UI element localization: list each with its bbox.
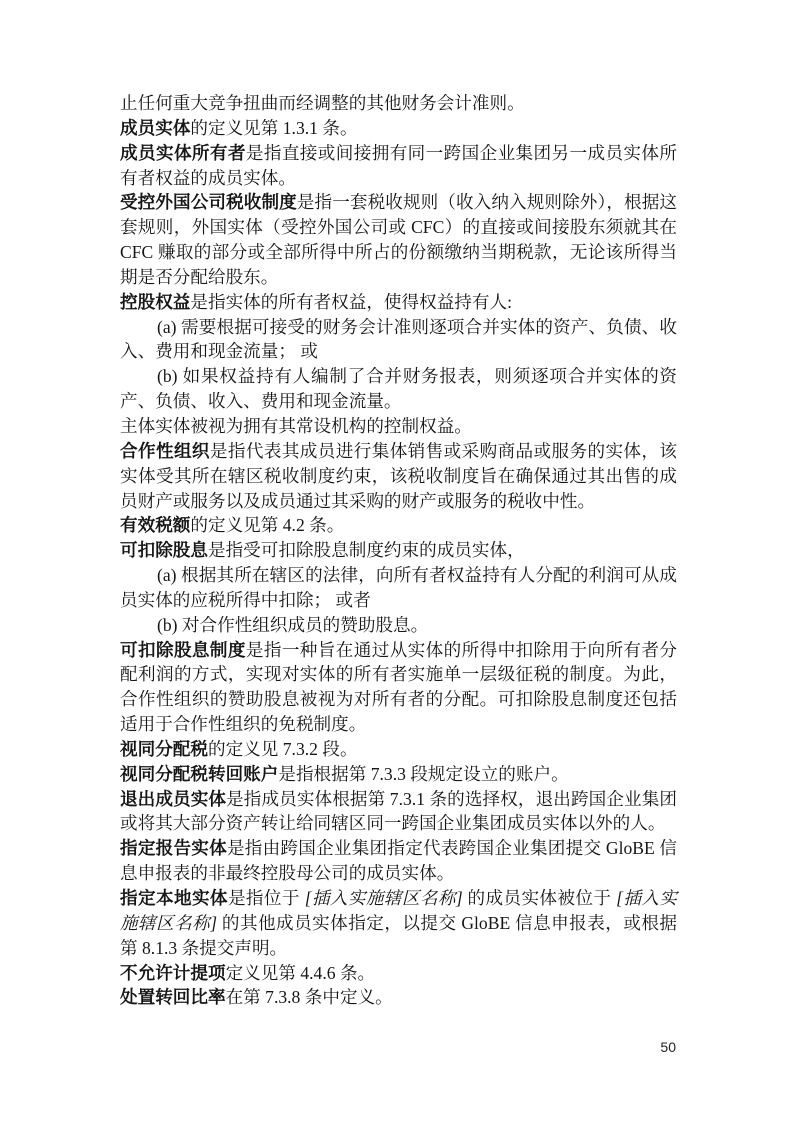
body-text: 的定义见 7.3.2 段。 [208,739,358,759]
body-text: 是指根据第 7.3.3 段规定设立的账户。 [278,764,568,784]
defined-term: 处置转回比率 [120,987,226,1007]
defined-term: 不允许计提项 [120,963,226,983]
paragraph: 主体实体被视为拥有其常设机构的控制权益。 [120,414,677,439]
paragraph: 受控外国公司税收制度是指一套税收规则（收入纳入规则除外），根据这套规则，外国实体… [120,190,677,289]
defined-term: 有效税额 [120,515,190,535]
defined-term: 退出成员实体 [120,789,226,809]
paragraph: 可扣除股息是指受可扣除股息制度约束的成员实体， [120,538,677,563]
body-text: 是指位于 [228,888,305,908]
paragraph: (b) 如果权益持有人编制了合并财务报表，则须逐项合并实体的资产、负债、收入、费… [120,364,677,414]
body-text: 定义见第 4.4.6 条。 [226,963,376,983]
body-text: 是指实体的所有者权益，使得权益持有人: [190,292,512,312]
paragraph: (b) 对合作性组织成员的赞助股息。 [120,613,677,638]
body-text: (a) 根据其所在辖区的法律，向所有者权益持有人分配的利润可从成员实体的应税所得… [120,565,677,610]
defined-term: 控股权益 [120,292,190,312]
paragraph: 止任何重大竞争扭曲而经调整的其他财务会计准则。 [120,91,677,116]
paragraph: (a) 根据其所在辖区的法律，向所有者权益持有人分配的利润可从成员实体的应税所得… [120,563,677,613]
paragraph: 指定本地实体是指位于 [插入实施辖区名称] 的成员实体被位于 [插入实施辖区名称… [120,886,677,961]
defined-term: 成员实体 [120,118,190,138]
body-text: (a) 需要根据可接受的财务会计准则逐项合并实体的资产、负债、收入、费用和现金流… [120,317,677,362]
paragraph: 处置转回比率在第 7.3.8 条中定义。 [120,985,677,1010]
defined-term: 合作性组织 [120,441,210,461]
paragraph: 视同分配税的定义见 7.3.2 段。 [120,737,677,762]
paragraph: 视同分配税转回账户是指根据第 7.3.3 段规定设立的账户。 [120,762,677,787]
defined-term: 视同分配税转回账户 [120,764,278,784]
defined-term: 视同分配税 [120,739,208,759]
body-text: 主体实体被视为拥有其常设机构的控制权益。 [120,416,472,436]
paragraph: 有效税额的定义见第 4.2 条。 [120,513,677,538]
body-text: (b) 对合作性组织成员的赞助股息。 [157,615,428,635]
body-text: 是指受可扣除股息制度约束的成员实体， [208,540,525,560]
body-text: 的成员实体被位于 [463,888,616,908]
defined-term: 受控外国公司税收制度 [120,192,297,212]
defined-term: 指定报告实体 [120,838,227,858]
page-number: 50 [120,1039,676,1055]
defined-term: 指定本地实体 [120,888,228,908]
defined-term: 可扣除股息 [120,540,208,560]
paragraph: 成员实体的定义见第 1.3.1 条。 [120,116,677,141]
placeholder-text: [插入实施辖区名称] [305,888,463,908]
body-text: (b) 如果权益持有人编制了合并财务报表，则须逐项合并实体的资产、负债、收入、费… [120,366,677,411]
paragraph: 不允许计提项定义见第 4.4.6 条。 [120,961,677,986]
paragraph: 指定报告实体是指由跨国企业集团指定代表跨国企业集团提交 GloBE 信息申报表的… [120,836,677,886]
body-text: 的定义见第 4.2 条。 [190,515,344,535]
paragraph: 控股权益是指实体的所有者权益，使得权益持有人: [120,290,677,315]
paragraph: 可扣除股息制度是指一种旨在通过从实体的所得中扣除用于向所有者分配利润的方式，实现… [120,638,677,737]
defined-term: 可扣除股息制度 [120,640,246,660]
document-page: 止任何重大竞争扭曲而经调整的其他财务会计准则。成员实体的定义见第 1.3.1 条… [0,0,794,1123]
paragraph: 合作性组织是指代表其成员进行集体销售或采购商品或服务的实体，该实体受其所在辖区税… [120,439,677,514]
body-text: 止任何重大竞争扭曲而经调整的其他财务会计准则。 [120,93,525,113]
body-text: 在第 7.3.8 条中定义。 [226,987,393,1007]
document-body: 止任何重大竞争扭曲而经调整的其他财务会计准则。成员实体的定义见第 1.3.1 条… [120,91,677,1010]
paragraph: 退出成员实体是指成员实体根据第 7.3.1 条的选择权，退出跨国企业集团或将其大… [120,787,677,837]
body-text: 的定义见第 1.3.1 条。 [190,118,357,138]
paragraph: (a) 需要根据可接受的财务会计准则逐项合并实体的资产、负债、收入、费用和现金流… [120,315,677,365]
defined-term: 成员实体所有者 [120,143,246,163]
paragraph: 成员实体所有者是指直接或间接拥有同一跨国企业集团另一成员实体所有者权益的成员实体… [120,141,677,191]
